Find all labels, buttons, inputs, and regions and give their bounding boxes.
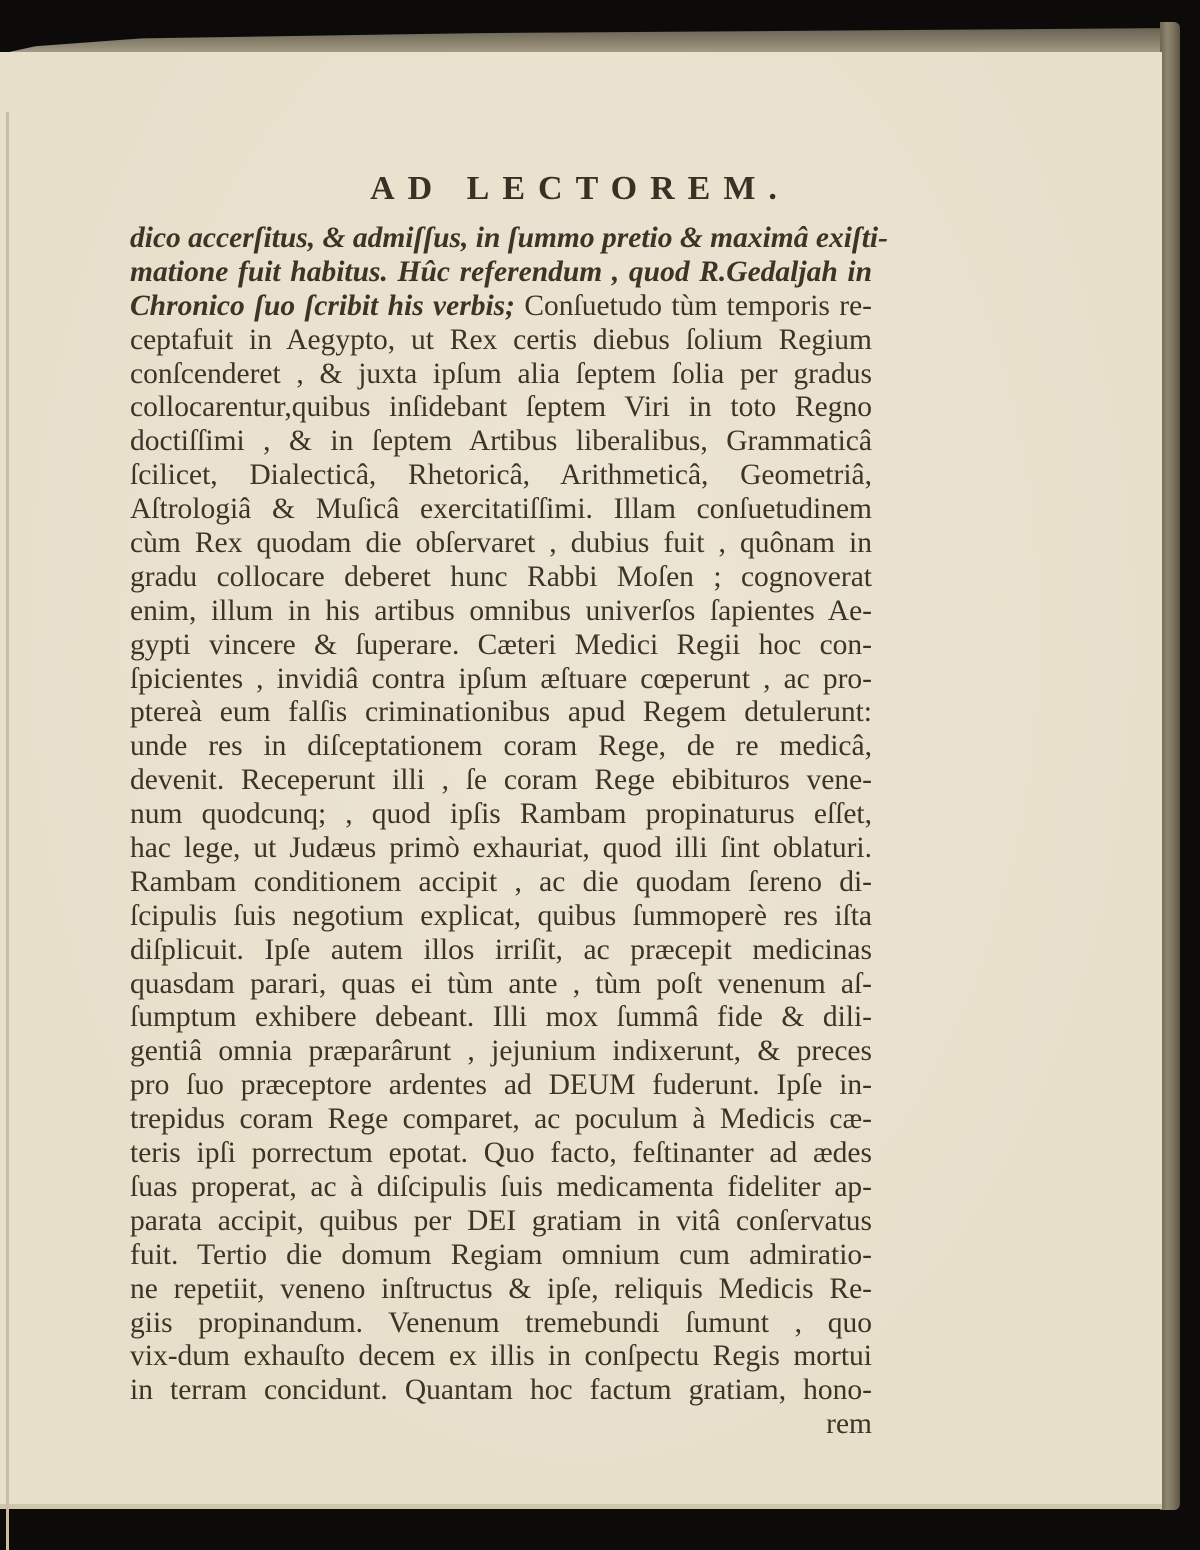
text-line: parata accipit, quibus per DEI gratiam i…	[130, 1205, 872, 1239]
roman-text: conſcenderet , & juxta ipſum alia ſeptem…	[130, 358, 872, 390]
text-line: doctiſſimi , & in ſeptem Artibus liberal…	[130, 425, 872, 459]
roman-text: gradu collocare deberet hunc Rabbi Moſen…	[130, 561, 872, 593]
roman-text: unde res in diſceptationem coram Rege, d…	[130, 730, 872, 762]
italic-quote-text: matione fuit habitus. Hûc referendum , q…	[130, 256, 872, 288]
roman-text: trepidus coram Rege comparet, ac poculum…	[130, 1103, 872, 1135]
text-line: ſuas properat, ac à diſcipulis ſuis medi…	[130, 1171, 872, 1205]
roman-text: num quodcunq; , quod ipſis Rambam propin…	[130, 798, 872, 830]
roman-text: pro ſuo præceptore ardentes ad DEUM fude…	[130, 1069, 872, 1101]
text-line: diſplicuit. Ipſe autem illos irriſit, ac…	[130, 934, 872, 968]
catchword: rem	[130, 1408, 872, 1442]
roman-text: vix-dum exhauſto decem ex illis in conſp…	[130, 1340, 872, 1372]
roman-text: fuit. Tertio die domum Regiam omnium cum…	[130, 1239, 872, 1271]
roman-text: Conſuetudo tùm temporis re-	[515, 290, 872, 322]
text-line: cùm Rex quodam die obſervaret , dubius f…	[130, 527, 872, 561]
roman-text: devenit. Receperunt illi , ſe coram Rege…	[130, 764, 872, 796]
text-line: ſpicientes , invidiâ contra ipſum æſtuar…	[130, 663, 872, 697]
text-line: gypti vincere & ſuperare. Cæteri Medici …	[130, 629, 872, 663]
text-line: num quodcunq; , quod ipſis Rambam propin…	[130, 798, 872, 832]
text-line: devenit. Receperunt illi , ſe coram Rege…	[130, 764, 872, 798]
roman-text: ſuas properat, ac à diſcipulis ſuis medi…	[130, 1171, 872, 1203]
roman-text: ptereà eum falſis criminationibus apud R…	[130, 696, 872, 728]
text-line: fuit. Tertio die domum Regiam omnium cum…	[130, 1239, 872, 1273]
roman-text: ceptafuit in Aegypto, ut Rex certis dieb…	[130, 324, 872, 356]
text-line: dico accerſitus, & admiſſus, in ſummo pr…	[130, 222, 872, 256]
text-line: collocarentur,quibus inſidebant ſeptem V…	[130, 391, 872, 425]
page-body-text: dico accerſitus, & admiſſus, in ſummo pr…	[130, 222, 872, 1442]
text-line: gradu collocare deberet hunc Rabbi Moſen…	[130, 561, 872, 595]
book-top-edge	[0, 28, 1180, 54]
roman-text: ſcilicet, Dialecticâ, Rhetoricâ, Arithme…	[130, 459, 872, 491]
text-line: teris ipſi porrectum epotat. Quo facto, …	[130, 1137, 872, 1171]
text-line: giis propinandum. Venenum tremebundi ſum…	[130, 1307, 872, 1341]
text-line: Aſtrologiâ & Muſicâ exercitatiſſimi. Ill…	[130, 493, 872, 527]
book-page: AD LECTOREM. dico accerſitus, & admiſſus…	[0, 52, 1162, 1509]
roman-text: gentiâ omnia præparârunt , jejunium indi…	[130, 1035, 872, 1067]
roman-text: ſumptum exhibere debeant. Illi mox ſummâ…	[130, 1001, 872, 1033]
roman-text: cùm Rex quodam die obſervaret , dubius f…	[130, 527, 872, 559]
roman-text: quasdam parari, quas ei tùm ante , tùm p…	[130, 968, 872, 1000]
text-line: gentiâ omnia præparârunt , jejunium indi…	[130, 1035, 872, 1069]
italic-quote-text: Chronico ſuo ſcribit his verbis;	[130, 290, 515, 322]
text-line: Chronico ſuo ſcribit his verbis; Conſuet…	[130, 290, 872, 324]
text-line: quasdam parari, quas ei tùm ante , tùm p…	[130, 968, 872, 1002]
text-line: ſcipulis ſuis negotium explicat, quibus …	[130, 900, 872, 934]
italic-quote-text: dico accerſitus, & admiſſus, in ſummo pr…	[130, 222, 888, 254]
text-line: vix-dum exhauſto decem ex illis in conſp…	[130, 1340, 872, 1374]
text-line: ceptafuit in Aegypto, ut Rex certis dieb…	[130, 324, 872, 358]
text-line: hac lege, ut Judæus primò exhauriat, quo…	[130, 832, 872, 866]
text-line: trepidus coram Rege comparet, ac poculum…	[130, 1103, 872, 1137]
running-head: AD LECTOREM.	[0, 170, 1160, 208]
roman-text: giis propinandum. Venenum tremebundi ſum…	[130, 1307, 872, 1339]
text-line: in terram concidunt. Quantam hoc factum …	[130, 1374, 872, 1408]
text-line: enim, illum in his artibus omnibus unive…	[130, 595, 872, 629]
roman-text: teris ipſi porrectum epotat. Quo facto, …	[130, 1137, 872, 1169]
text-line: ptereà eum falſis criminationibus apud R…	[130, 696, 872, 730]
roman-text: ſpicientes , invidiâ contra ipſum æſtuar…	[130, 663, 872, 695]
roman-text: doctiſſimi , & in ſeptem Artibus liberal…	[130, 425, 872, 457]
roman-text: hac lege, ut Judæus primò exhauriat, quo…	[130, 832, 872, 864]
roman-text: collocarentur,quibus inſidebant ſeptem V…	[130, 391, 872, 423]
roman-text: ne repetiit, veneno inſtructus & ipſe, r…	[130, 1273, 872, 1305]
roman-text: ſcipulis ſuis negotium explicat, quibus …	[130, 900, 872, 932]
roman-text: in terram concidunt. Quantam hoc factum …	[130, 1374, 872, 1406]
text-line: ſcilicet, Dialecticâ, Rhetoricâ, Arithme…	[130, 459, 872, 493]
roman-text: enim, illum in his artibus omnibus unive…	[130, 595, 872, 627]
text-line: Rambam conditionem accipit , ac die quod…	[130, 866, 872, 900]
text-line: matione fuit habitus. Hûc referendum , q…	[130, 256, 872, 290]
roman-text: Rambam conditionem accipit , ac die quod…	[130, 866, 872, 898]
roman-text: Aſtrologiâ & Muſicâ exercitatiſſimi. Ill…	[130, 493, 872, 525]
book-binding-edge	[1160, 22, 1180, 1510]
text-line: ſumptum exhibere debeant. Illi mox ſummâ…	[130, 1001, 872, 1035]
page-fold-line	[6, 112, 9, 1550]
text-line: ne repetiit, veneno inſtructus & ipſe, r…	[130, 1273, 872, 1307]
roman-text: diſplicuit. Ipſe autem illos irriſit, ac…	[130, 934, 872, 966]
text-line: conſcenderet , & juxta ipſum alia ſeptem…	[130, 358, 872, 392]
text-line: pro ſuo præceptore ardentes ad DEUM fude…	[130, 1069, 872, 1103]
text-line: unde res in diſceptationem coram Rege, d…	[130, 730, 872, 764]
roman-text: gypti vincere & ſuperare. Cæteri Medici …	[130, 629, 872, 661]
roman-text: parata accipit, quibus per DEI gratiam i…	[130, 1205, 872, 1237]
